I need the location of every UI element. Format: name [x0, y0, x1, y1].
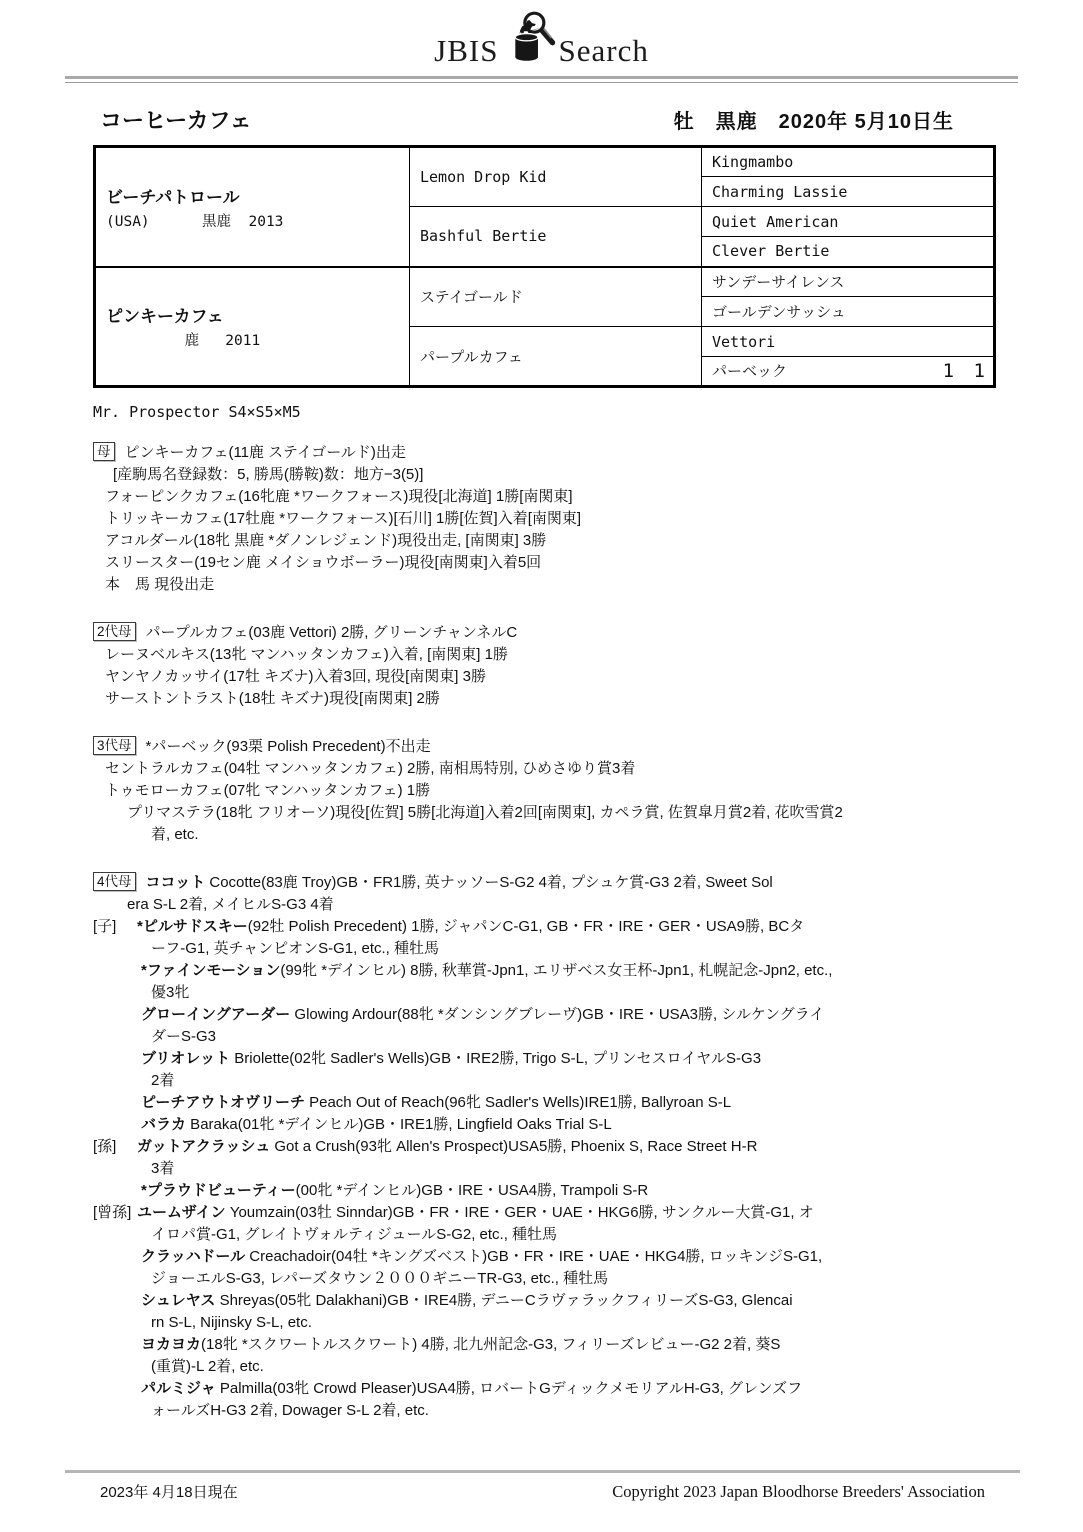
line-text: (重賞)-L 2着, etc.: [151, 1358, 264, 1375]
gen3-name-8: パーベック: [712, 362, 787, 380]
listing-line: [孫]ガットアクラッシュ Got a Crush(93牝 Allen's Pro…: [93, 1136, 998, 1158]
gen3-cell-6: ゴールデンサッシュ: [702, 297, 995, 327]
horse-name-bold: ヨカヨカ: [141, 1336, 201, 1353]
line-text: ヤンヤノカッサイ(17牡 キズナ)入着3回, 現役[南関東] 3勝: [105, 668, 486, 685]
listing-line: 2着: [93, 1070, 998, 1092]
pedigree-table: ビーチパトロール (USA) 黒鹿 2013 Lemon Drop Kid Ki…: [93, 145, 996, 388]
dam-cell: ピンキーカフェ 鹿 2011: [95, 267, 410, 387]
listing-line: シュレヤス Shreyas(05牝 Dalakhani)GB・IRE4勝, デニ…: [93, 1290, 998, 1312]
line-text: Got a Crush(93牝 Allen's Prospect)USA5勝, …: [270, 1138, 757, 1155]
line-text: アコルダール(18牝 黒鹿 *ダノンレジェンド)現役出走, [南関東] 3勝: [105, 532, 546, 549]
line-text: ジョーエルS-G3, レパーズタウン２０００ギニーTR-G3, etc., 種牡…: [151, 1270, 608, 1287]
search-logo-text: Search: [558, 35, 648, 70]
line-text: *パーベック(93栗 Polish Precedent)不出走: [146, 738, 431, 755]
listing-line: 優3牝: [93, 982, 998, 1004]
horse-name-bold: ピーチアウトオヴリーチ: [141, 1094, 305, 1111]
line-text: [産駒馬名登録数：5, 勝馬(勝鞍)数：地方−3(5)]: [113, 466, 423, 483]
title-row: コーヒーカフェ 牡 黒鹿 2020年 5月10日生: [93, 104, 990, 135]
listing-line: 着, etc.: [93, 824, 998, 846]
listing-line: ォールズH-G3 2着, Dowager S-L 2着, etc.: [93, 1400, 998, 1422]
generation-box-label: 2代母: [93, 622, 136, 641]
listing-line: トリッキーカフェ(17牡鹿 *ワークフォース)[石川] 1勝[佐賀]入着[南関東…: [93, 508, 998, 530]
line-text: Baraka(01牝 *デインヒル)GB・IRE1勝, Lingfield Oa…: [186, 1116, 612, 1133]
listing-line: 本 馬 現役出走: [93, 574, 998, 596]
footer-rule: [65, 1470, 1020, 1473]
relation-tag: [曾孫]: [93, 1202, 137, 1224]
horse-name-bold: ココット: [146, 874, 206, 891]
listing-line: 4代母ココット Cocotte(83鹿 Troy)GB・FR1勝, 英ナッソーS…: [93, 872, 998, 894]
listing-line: グローイングアーダー Glowing Ardour(88牝 *ダンシングブレーヴ…: [93, 1004, 998, 1026]
line-text: era S-L 2着, メイヒルS-G3 4着: [127, 896, 334, 913]
jbis-bucket-horse-magnifier-icon: [499, 8, 557, 70]
horse-sex-coat-birthdate: 牡 黒鹿 2020年 5月10日生: [674, 105, 990, 134]
sire-dam-cell: Bashful Bertie: [410, 207, 702, 267]
listing-line: ダーS-G3: [93, 1026, 998, 1048]
listing-line: サーストントラスト(18牡 キズナ)現役[南関東] 2勝: [93, 688, 998, 710]
listing-line: ヤンヤノカッサイ(17牡 キズナ)入着3回, 現役[南関東] 3勝: [93, 666, 998, 688]
dam-dam-cell: パープルカフェ: [410, 327, 702, 387]
horse-name-bold: クラッハドール: [141, 1248, 245, 1265]
horse-name-bold: バラカ: [141, 1116, 186, 1133]
horse-name-bold: パルミジャ: [141, 1380, 216, 1397]
inbreeding-note: Mr. Prospector S4×S5×M5: [93, 403, 1083, 421]
horse-name-bold: *ピルサドスキー: [137, 918, 248, 935]
line-text: Cocotte(83鹿 Troy)GB・FR1勝, 英ナッソーS-G2 4着, …: [205, 874, 773, 891]
line-text: フォーピンクカフェ(16牝鹿 *ワークフォース)現役[北海道] 1勝[南関東]: [105, 488, 573, 505]
listing-line: ヨカヨカ(18牝 *スクワートルスクワート) 4勝, 北九州記念-G3, フィリ…: [93, 1334, 998, 1356]
sire-name: ビーチパトロール: [106, 183, 405, 208]
listing-line: *ファインモーション(99牝 *デインヒル) 8勝, 秋華賞-Jpn1, エリザ…: [93, 960, 998, 982]
dam-name: ピンキーカフェ: [106, 302, 405, 327]
listing-line: プリマステラ(18牝 フリオーソ)現役[佐賀] 5勝[北海道]入着2回[南関東]…: [93, 802, 998, 824]
line-text: Palmilla(03牝 Crowd Pleaser)USA4勝, ロバートGデ…: [216, 1380, 802, 1397]
line-text: Glowing Ardour(88牝 *ダンシングブレーヴ)GB・IRE・USA…: [290, 1006, 824, 1023]
listing-line: ジョーエルS-G3, レパーズタウン２０００ギニーTR-G3, etc., 種牡…: [93, 1268, 998, 1290]
dam-sire-cell: ステイゴールド: [410, 267, 702, 327]
gen3-cell-2: Charming Lassie: [702, 177, 995, 207]
listing-line: レーヌベルキス(13牝 マンハッタンカフェ)入着, [南関東] 1勝: [93, 644, 998, 666]
gen3-cell-7: Vettori: [702, 327, 995, 357]
line-text: スリースター(19セン鹿 メイショウボーラー)現役[南関東]入着5回: [105, 554, 541, 571]
listing-line: ブリオレット Briolette(02牝 Sadler's Wells)GB・I…: [93, 1048, 998, 1070]
dam-coat-year: 鹿 2011: [106, 329, 405, 350]
table-corner-number: 1 1: [943, 360, 985, 382]
line-text: サーストントラスト(18牡 キズナ)現役[南関東] 2勝: [105, 690, 440, 707]
horse-name-bold: *ファインモーション: [141, 962, 280, 979]
dam-line-listing: 母ピンキーカフェ(11鹿 ステイゴールド)出走 [産駒馬名登録数：5, 勝馬(勝…: [93, 442, 998, 1422]
relation-tag: [孫]: [93, 1136, 137, 1158]
listing-line: 2代母パープルカフェ(03鹿 Vettori) 2勝, グリーンチャンネルC: [93, 622, 998, 644]
gen3-cell-4: Clever Bertie: [702, 237, 995, 267]
line-text: レーヌベルキス(13牝 マンハッタンカフェ)入着, [南関東] 1勝: [105, 646, 508, 663]
listing-line: ーフ-G1, 英チャンピオンS-G1, etc., 種牡馬: [93, 938, 998, 960]
listing-line: フォーピンクカフェ(16牝鹿 *ワークフォース)現役[北海道] 1勝[南関東]: [93, 486, 998, 508]
gen3-cell-5: サンデーサイレンス: [702, 267, 995, 297]
line-text: (99牝 *デインヒル) 8勝, 秋華賞-Jpn1, エリザベス女王杯-Jpn1…: [280, 962, 832, 979]
horse-name-title: コーヒーカフェ: [93, 104, 252, 135]
listing-line: セントラルカフェ(04牡 マンハッタンカフェ) 2勝, 南相馬特別, ひめさゆり…: [93, 758, 998, 780]
listing-line: ピーチアウトオヴリーチ Peach Out of Reach(96牝 Sadle…: [93, 1092, 998, 1114]
line-text: Shreyas(05牝 Dalakhani)GB・IRE4勝, デニーCラヴァラ…: [215, 1292, 792, 1309]
sire-sire-cell: Lemon Drop Kid: [410, 147, 702, 207]
listing-line: 母ピンキーカフェ(11鹿 ステイゴールド)出走: [93, 442, 998, 464]
line-text: ダーS-G3: [151, 1028, 216, 1045]
line-text: (00牝 *デインヒル)GB・IRE・USA4勝, Trampoli S-R: [296, 1182, 649, 1199]
listing-line: クラッハドール Creachadoir(04牡 *キングズベスト)GB・FR・I…: [93, 1246, 998, 1268]
line-text: 3着: [151, 1160, 174, 1177]
generation-box-label: 3代母: [93, 736, 136, 755]
listing-line: (重賞)-L 2着, etc.: [93, 1356, 998, 1378]
line-text: 本 馬 現役出走: [105, 576, 214, 593]
generation-box-label: 母: [93, 442, 115, 461]
horse-name-bold: ガットアクラッシュ: [137, 1138, 270, 1155]
listing-line: トゥモローカフェ(07牝 マンハッタンカフェ) 1勝: [93, 780, 998, 802]
line-text: 2着: [151, 1072, 174, 1089]
listing-line: [子]*ピルサドスキー(92牡 Polish Precedent) 1勝, ジャ…: [93, 916, 998, 938]
line-text: セントラルカフェ(04牡 マンハッタンカフェ) 2勝, 南相馬特別, ひめさゆり…: [105, 760, 635, 777]
sire-origin-coat-year: (USA) 黒鹿 2013: [106, 210, 405, 231]
jbis-logo: JBIS Search: [0, 0, 1083, 70]
line-text: Briolette(02牝 Sadler's Wells)GB・IRE2勝, T…: [230, 1050, 761, 1067]
listing-line: イロパ賞-G1, グレイトヴォルティジュールS-G2, etc., 種牡馬: [93, 1224, 998, 1246]
line-text: トリッキーカフェ(17牡鹿 *ワークフォース)[石川] 1勝[佐賀]入着[南関東…: [105, 510, 581, 527]
footer-row: 2023年 4月18日現在 Copyright 2023 Japan Blood…: [100, 1481, 985, 1502]
horse-name-bold: ユームザイン: [137, 1204, 226, 1221]
horse-name-bold: ブリオレット: [141, 1050, 230, 1067]
listing-line: スリースター(19セン鹿 メイショウボーラー)現役[南関東]入着5回: [93, 552, 998, 574]
line-text: パープルカフェ(03鹿 Vettori) 2勝, グリーンチャンネルC: [146, 624, 518, 641]
line-text: (92牡 Polish Precedent) 1勝, ジャパンC-G1, GB・…: [248, 918, 805, 935]
line-text: Youmzain(03牡 Sinndar)GB・FR・IRE・GER・UAE・H…: [226, 1204, 814, 1221]
line-text: 優3牝: [151, 984, 189, 1001]
line-text: ピンキーカフェ(11鹿 ステイゴールド)出走: [125, 444, 406, 461]
line-text: rn S-L, Nijinsky S-L, etc.: [151, 1314, 312, 1331]
line-text: ーフ-G1, 英チャンピオンS-G1, etc., 種牡馬: [151, 940, 439, 957]
horse-name-bold: シュレヤス: [141, 1292, 215, 1309]
listing-line: *プラウドビューティー(00牝 *デインヒル)GB・IRE・USA4勝, Tra…: [93, 1180, 998, 1202]
listing-line: バラカ Baraka(01牝 *デインヒル)GB・IRE1勝, Lingfiel…: [93, 1114, 998, 1136]
sire-cell: ビーチパトロール (USA) 黒鹿 2013: [95, 147, 410, 267]
jbis-logo-text: JBIS: [434, 35, 498, 70]
listing-line: rn S-L, Nijinsky S-L, etc.: [93, 1312, 998, 1334]
line-text: イロパ賞-G1, グレイトヴォルティジュールS-G2, etc., 種牡馬: [151, 1226, 557, 1243]
gen3-cell-8: 1 1 パーベック: [702, 357, 995, 387]
listing-line: [産駒馬名登録数：5, 勝馬(勝鞍)数：地方−3(5)]: [93, 464, 998, 486]
listing-line: era S-L 2着, メイヒルS-G3 4着: [93, 894, 998, 916]
line-text: プリマステラ(18牝 フリオーソ)現役[佐賀] 5勝[北海道]入着2回[南関東]…: [127, 804, 843, 821]
horse-name-bold: *プラウドビューティー: [141, 1182, 296, 1199]
line-text: Peach Out of Reach(96牝 Sadler's Wells)IR…: [305, 1094, 731, 1111]
listing-line: 3着: [93, 1158, 998, 1180]
line-text: ォールズH-G3 2着, Dowager S-L 2着, etc.: [151, 1402, 429, 1419]
line-text: 着, etc.: [151, 826, 199, 843]
gen3-cell-1: Kingmambo: [702, 147, 995, 177]
listing-line: パルミジャ Palmilla(03牝 Crowd Pleaser)USA4勝, …: [93, 1378, 998, 1400]
as-of-date: 2023年 4月18日現在: [100, 1481, 238, 1502]
gen3-cell-3: Quiet American: [702, 207, 995, 237]
listing-line: [曾孫]ユームザイン Youmzain(03牡 Sinndar)GB・FR・IR…: [93, 1202, 998, 1224]
relation-tag: [子]: [93, 916, 137, 938]
generation-box-label: 4代母: [93, 872, 136, 891]
header-double-rule: [65, 76, 1018, 83]
line-text: (18牝 *スクワートルスクワート) 4勝, 北九州記念-G3, フィリーズレビ…: [201, 1336, 780, 1353]
line-text: トゥモローカフェ(07牝 マンハッタンカフェ) 1勝: [105, 782, 430, 799]
listing-line: 3代母*パーベック(93栗 Polish Precedent)不出走: [93, 736, 998, 758]
listing-line: アコルダール(18牝 黒鹿 *ダノンレジェンド)現役出走, [南関東] 3勝: [93, 530, 998, 552]
horse-name-bold: グローイングアーダー: [141, 1006, 290, 1023]
pedigree-report-page: JBIS Search コーヒーカフェ 牡 黒鹿 2020年 5月10日生 ビー…: [0, 0, 1083, 1532]
copyright-text: Copyright 2023 Japan Bloodhorse Breeders…: [612, 1482, 985, 1502]
line-text: Creachadoir(04牡 *キングズベスト)GB・FR・IRE・UAE・H…: [245, 1248, 822, 1265]
